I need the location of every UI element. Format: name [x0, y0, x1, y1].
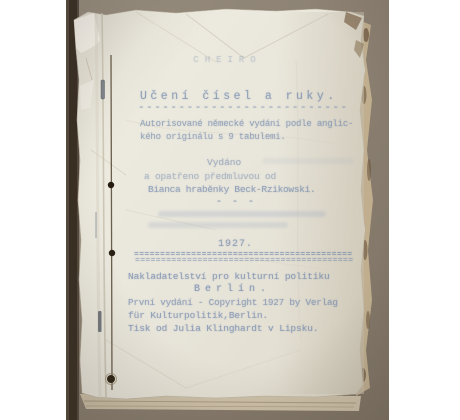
- book-cover-art: [66, 0, 389, 420]
- page-background: CHEIRO Učení čísel a ruky. -------------…: [0, 0, 460, 420]
- book-photo: CHEIRO Učení čísel a ruky. -------------…: [66, 0, 389, 420]
